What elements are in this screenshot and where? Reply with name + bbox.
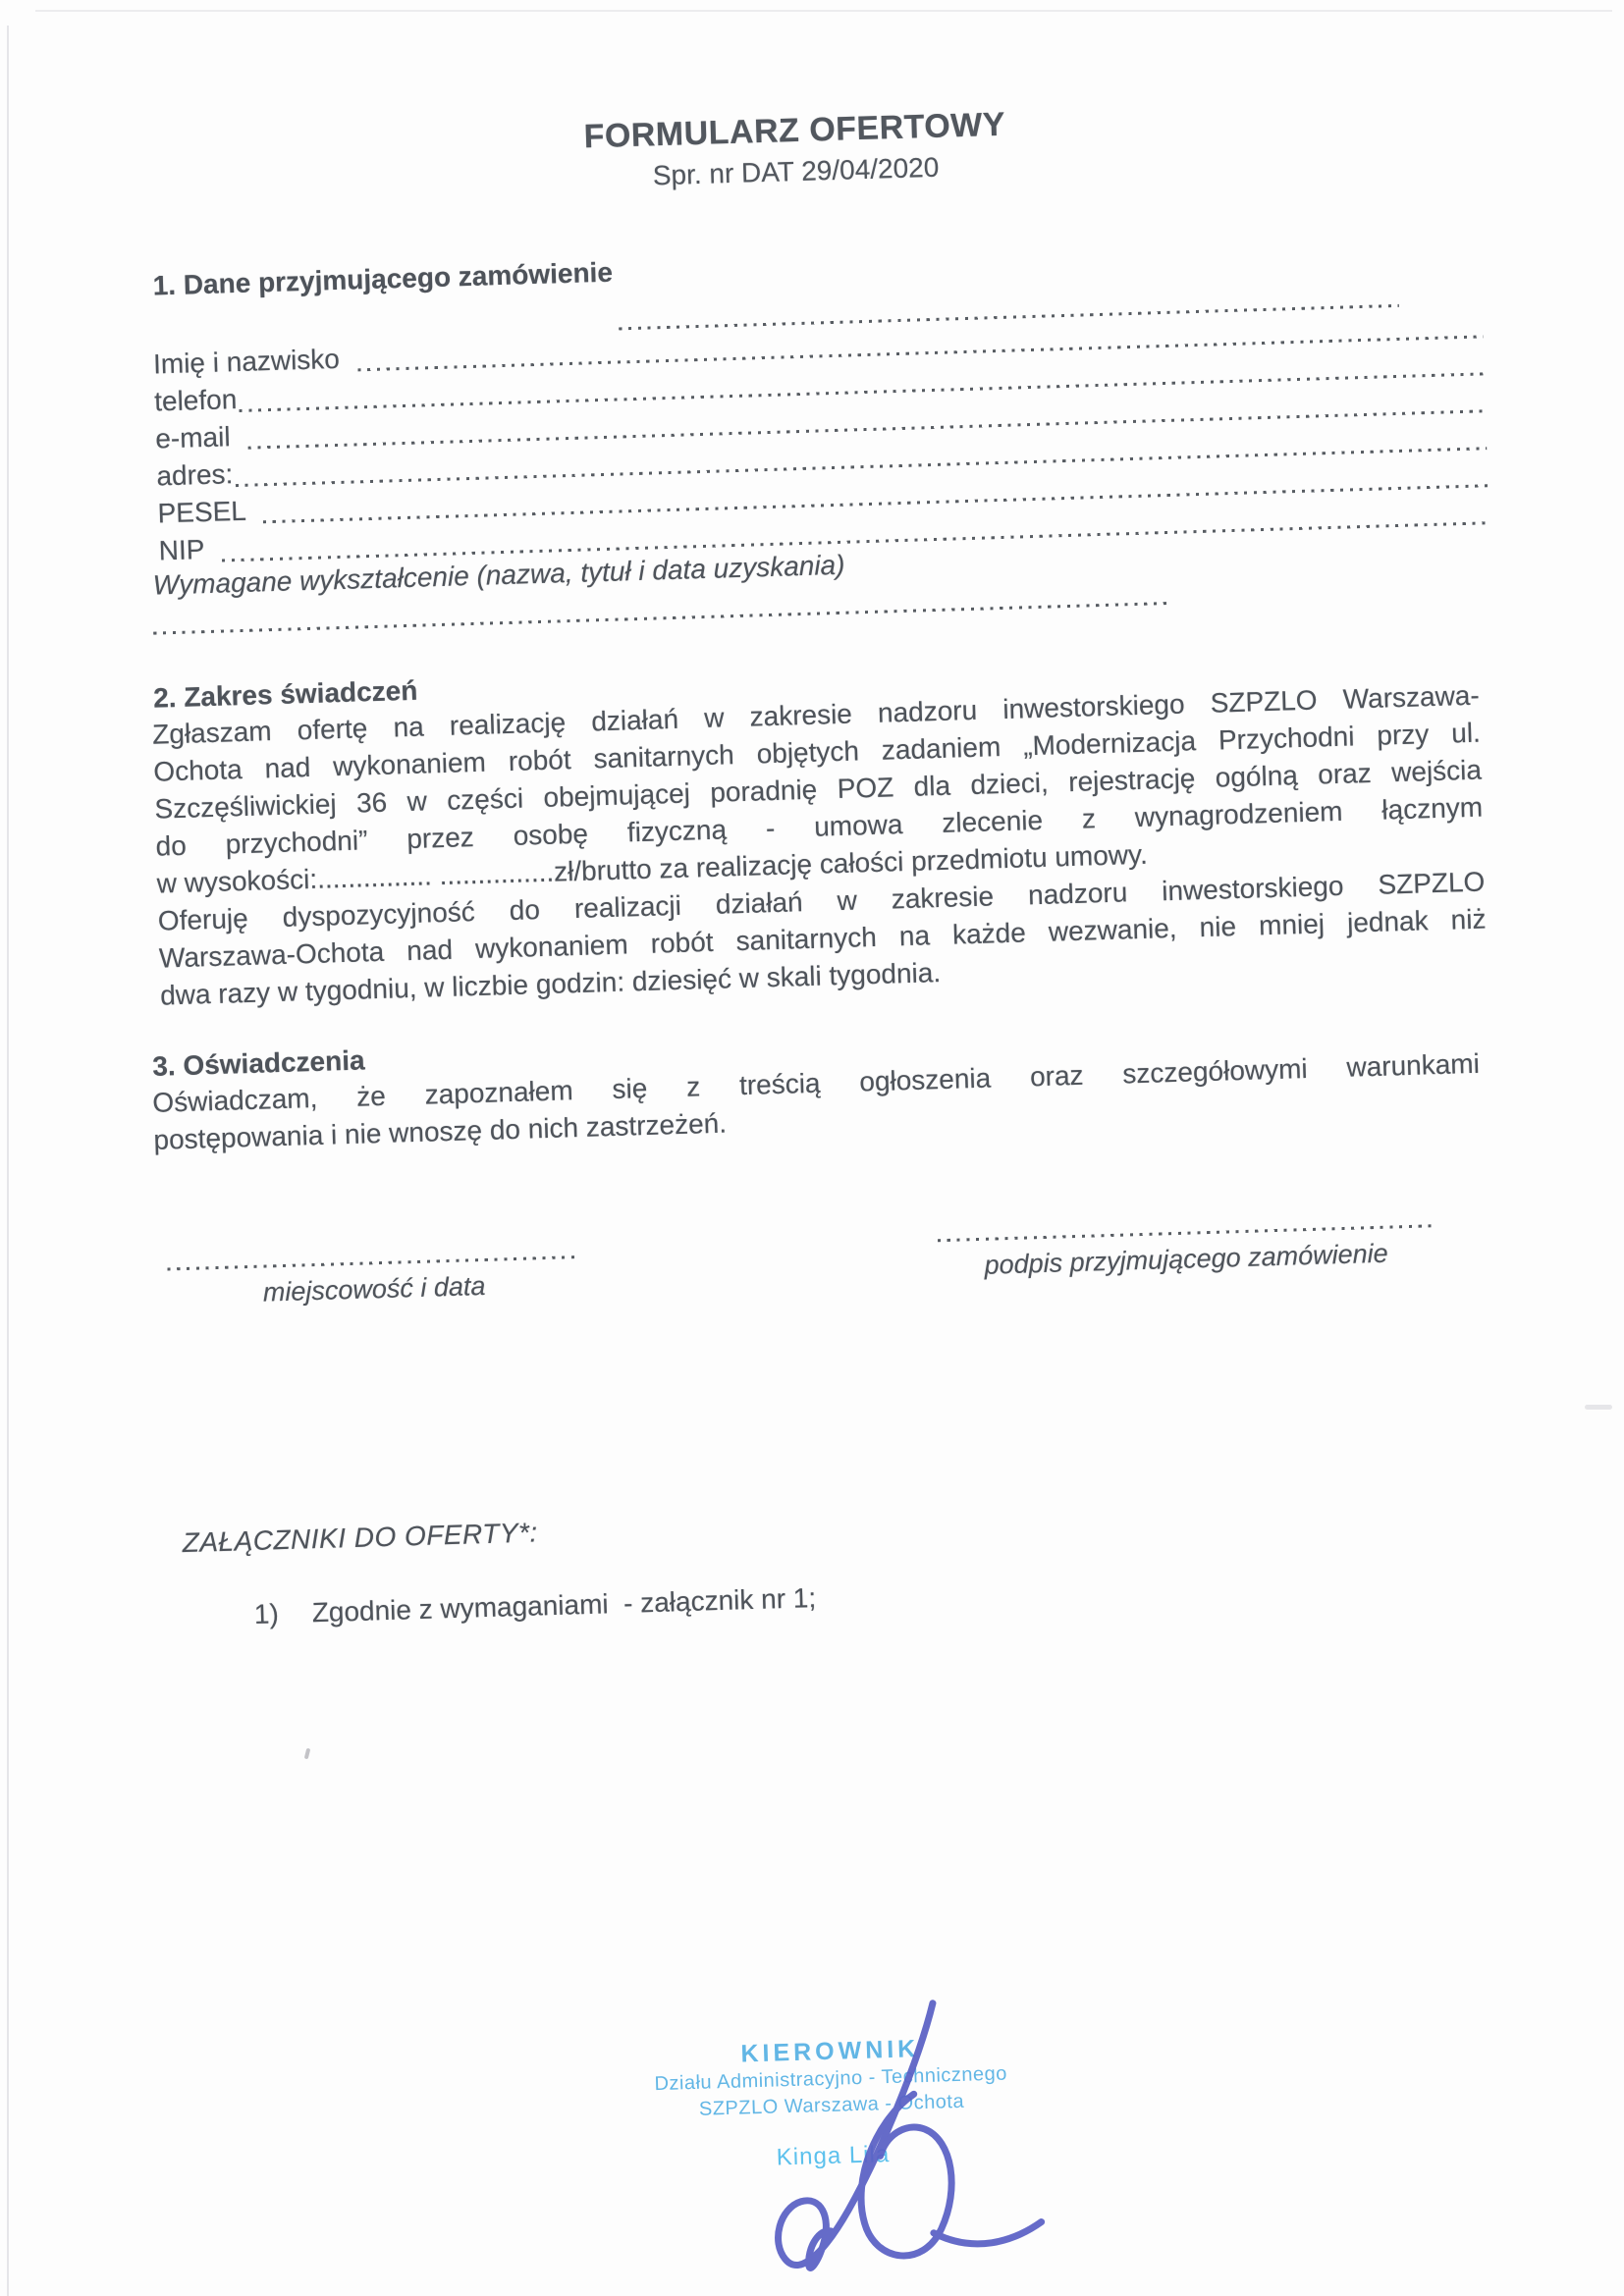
- field-label-phone: telefon: [154, 381, 238, 420]
- attachment-item: 1) Zgodnie z wymaganiami - załącznik nr …: [253, 1570, 1138, 1633]
- place-date-label: miejscowość i data: [168, 1268, 581, 1310]
- scanned-form-page: FORMULARZ OFERTOWY Spr. nr DAT 29/04/202…: [0, 0, 1624, 2296]
- signature-stroke: [772, 2003, 941, 2269]
- attachment-item-text: Zgodnie z wymaganiami - załącznik nr 1;: [311, 1579, 816, 1631]
- attachments-heading: ZAŁĄCZNIKI DO OFERTY*:: [182, 1514, 538, 1562]
- place-date-signature-block: miejscowość i data: [167, 1255, 580, 1311]
- handwritten-signature: [719, 1994, 1052, 2296]
- field-label-address: adres:: [156, 455, 234, 495]
- field-label-name: Imię i nazwisko: [153, 341, 349, 384]
- field-label-email: e-mail: [155, 418, 239, 457]
- dotted-blank-line: [222, 521, 1489, 562]
- attachment-item-number: 1): [253, 1595, 279, 1633]
- contractor-signature-label: podpis przyjmującego zamówienie: [938, 1238, 1435, 1283]
- scan-left-edge-line: [7, 26, 9, 2296]
- contractor-signature-block: podpis przyjmującego zamówienie: [938, 1224, 1435, 1282]
- section1-heading: 1. Dane przyjmującego zamówienie: [152, 254, 613, 305]
- signature-stroke: [934, 2222, 1043, 2246]
- field-label-nip: NIP: [158, 531, 212, 570]
- dotted-blank-line: [153, 602, 1169, 635]
- document-header: FORMULARZ OFERTOWY Spr. nr DAT 29/04/202…: [451, 102, 1140, 198]
- section1-fields: Imię i nazwisko telefon e-mail adres: PE…: [153, 306, 1489, 569]
- dotted-blank-line: [167, 1255, 579, 1271]
- document-content: FORMULARZ OFERTOWY Spr. nr DAT 29/04/202…: [0, 0, 1624, 2295]
- field-label-pesel: PESEL: [157, 493, 253, 533]
- section2-paragraph: Zgłaszam ofertę na realizację działań w …: [152, 677, 1488, 1015]
